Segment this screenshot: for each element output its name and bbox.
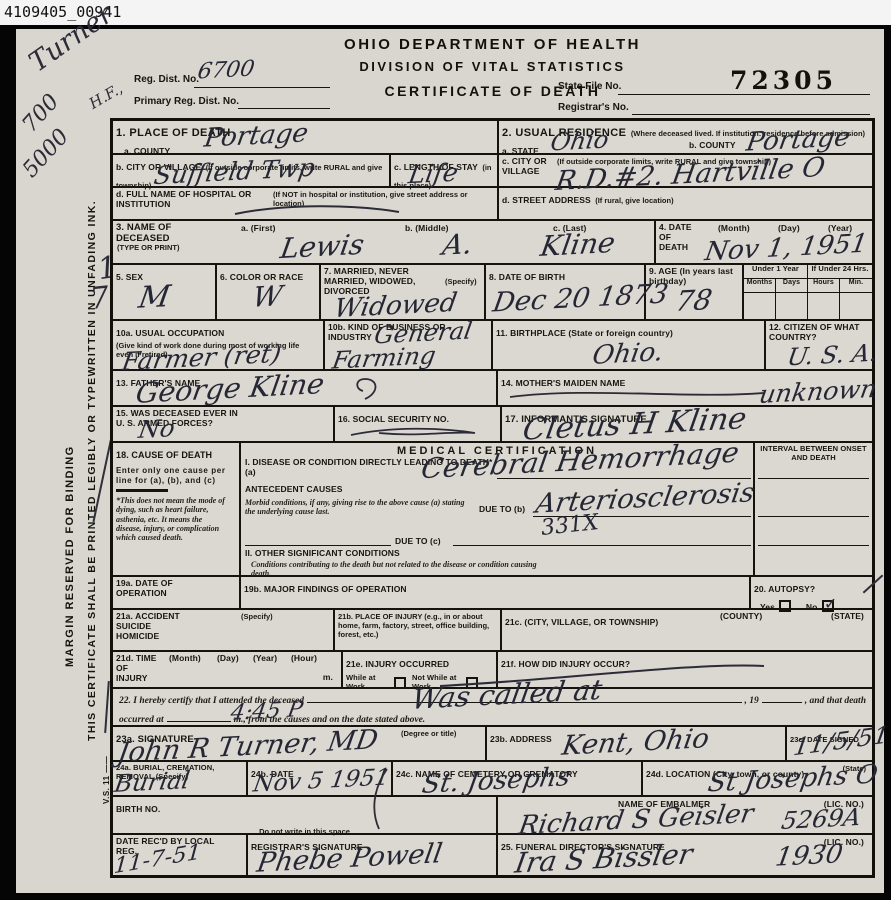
burial-value: Burial xyxy=(113,768,192,796)
injury-state-label: (STATE) xyxy=(831,612,864,622)
field-birth-no: BIRTH NO. Do not write in this space xyxy=(113,797,498,833)
field-autopsy: 20. AUTOPSY? Yes No ✓ xyxy=(751,577,872,608)
armed-forces-label: 15. WAS DECEASED EVER IN U. S. ARMED FOR… xyxy=(116,409,246,429)
section-cause-of-death: 18. CAUSE OF DEATH Enter only one cause … xyxy=(113,443,241,575)
section-interval: INTERVAL BETWEEN ONSET AND DEATH xyxy=(755,443,872,575)
name-title: 3. NAME OF DECEASED xyxy=(116,223,208,245)
row-operation-autopsy: 19a. DATE OF OPERATION 19b. MAJOR FINDIN… xyxy=(113,577,872,610)
pen-stroke xyxy=(104,681,110,733)
margin-hw-5000: 5000 xyxy=(18,124,74,182)
antecedent-label: ANTECEDENT CAUSES xyxy=(245,485,343,495)
place-of-injury-label: 21b. PLACE OF INJURY (e.g., in or about … xyxy=(338,612,497,639)
city-village-value: Suffield Twp xyxy=(152,155,316,188)
section-name-of-deceased: 3. NAME OF DECEASED (TYPE OR PRINT) a. (… xyxy=(113,221,656,263)
funeral-director-lic-value: 1930 xyxy=(773,841,844,870)
cause-note-1: Enter only one cause per line for (a), (… xyxy=(116,466,228,485)
sex-label: 5. SEX xyxy=(116,272,143,282)
field-date-signed: 23c. DATE SIGNED 11/5/51 xyxy=(787,727,872,760)
blank-line xyxy=(618,94,870,95)
time-of-injury-label: 21d. TIME OF INJURY xyxy=(116,654,160,683)
state-file-value: 72305 xyxy=(730,66,837,95)
row-certify-statement: 22. I hereby certify that I attended the… xyxy=(113,689,872,727)
hours-label: Hours xyxy=(808,279,840,292)
certificate-form: OHIO DEPARTMENT OF HEALTH DIVISION OF VI… xyxy=(110,34,875,883)
row-name-date: 3. NAME OF DECEASED (TYPE OR PRINT) a. (… xyxy=(113,221,872,265)
date-of-death-label: 4. DATE OF DEATH xyxy=(659,223,695,252)
funeral-director-value: Ira S Bissler xyxy=(513,840,695,877)
certify-line1-c: , and that death xyxy=(805,696,866,708)
field-armed-forces: 15. WAS DECEASED EVER IN U. S. ARMED FOR… xyxy=(113,407,335,441)
certify-line2-a: occurred at xyxy=(119,715,164,727)
major-findings-label: 19b. MAJOR FINDINGS OF OPERATION xyxy=(244,584,407,594)
row-place-residence: 1. PLACE OF DEATH a. COUNTY Portage b. C… xyxy=(113,121,872,221)
county-value: Portage xyxy=(202,120,310,151)
birthplace-label: 11. BIRTHPLACE (State or foreign country… xyxy=(496,328,673,338)
field-age-under-grid: Under 1 Year If Under 24 Hrs. Months Day… xyxy=(744,265,872,319)
section-usual-residence: 2. USUAL RESIDENCE (Where deceased lived… xyxy=(499,121,872,219)
sex-value: M xyxy=(136,282,172,314)
row-birthno-embalmer: BIRTH NO. Do not write in this space NAM… xyxy=(113,797,872,835)
field-color-race: 6. COLOR OR RACE W xyxy=(217,265,321,319)
min-label: Min. xyxy=(840,279,872,292)
embalmer-lic-value: 5269A xyxy=(779,805,862,833)
field-registrar-signature: REGISTRAR'S SIGNATURE Phebe Powell xyxy=(248,835,498,875)
ink-flourish xyxy=(349,425,479,439)
code-331x: 331X xyxy=(540,512,600,540)
field-ssn: 16. SOCIAL SECURITY NO. xyxy=(335,407,502,441)
street-address-note: (If rural, give location) xyxy=(595,196,673,205)
field-informant: 17. INFORMANT'S SIGNATURE Cletus H Kline xyxy=(502,407,872,441)
scanned-death-certificate: 4109405_00941 MARGIN RESERVED FOR BINDIN… xyxy=(0,0,891,900)
field-occupation: 10a. USUAL OCCUPATION (Give kind of work… xyxy=(113,321,325,369)
row-service-informant: 15. WAS DECEASED EVER IN U. S. ARMED FOR… xyxy=(113,407,872,443)
other-conditions-label: II. OTHER SIGNIFICANT CONDITIONS xyxy=(245,549,400,559)
registrar-signature-value: Phebe Powell xyxy=(255,840,444,877)
margin-hw-mark-7: 7 xyxy=(88,280,111,317)
injury-occurred-label: 21e. INJURY OCCURRED xyxy=(346,659,449,669)
mother-value: unknown xyxy=(757,376,878,407)
section-place-of-death: 1. PLACE OF DEATH a. COUNTY Portage b. C… xyxy=(113,121,499,219)
row-injury-location: 21a. ACCIDENT SUICIDE HOMICIDE (Specify)… xyxy=(113,610,872,652)
physician-address-value: Kent, Ohio xyxy=(560,725,711,760)
death-time-hw: 4:45 P xyxy=(229,699,304,725)
form-grid: 1. PLACE OF DEATH a. COUNTY Portage b. C… xyxy=(110,118,875,878)
dod-month-label: (Month) xyxy=(718,224,750,234)
field-date-received: DATE REC'D BY LOCAL REG. 11-7-51 xyxy=(113,835,248,875)
field-embalmer: NAME OF EMBALMER (LIC. NO.) Richard S Ge… xyxy=(498,797,872,833)
primary-reg-label: Primary Reg. Dist. No. xyxy=(134,96,239,107)
reg-dist-value: 6700 xyxy=(196,59,256,84)
section-date-of-death: 4. DATE OF DEATH (Month) (Day) (Year) No… xyxy=(656,221,872,263)
blank-line xyxy=(453,545,751,546)
row-parents: 13. FATHER'S NAME George Kline 14. MOTHE… xyxy=(113,371,872,407)
certify-attended-hw: Was called at xyxy=(410,676,604,714)
field-time-of-injury: 21d. TIME OF INJURY (Month) (Day) (Year)… xyxy=(113,652,343,687)
age-value: 78 xyxy=(674,286,714,316)
registrar-no-label: Registrar's No. xyxy=(558,102,629,113)
armed-forces-value: No xyxy=(137,416,177,442)
injury-city-label: 21c. (CITY, VILLAGE, OR TOWNSHIP) xyxy=(505,617,658,627)
toi-m-label: m. xyxy=(323,673,333,683)
blank-line xyxy=(758,478,869,479)
row-registrar-director: DATE REC'D BY LOCAL REG. 11-7-51 REGISTR… xyxy=(113,835,872,875)
field-physician-signature: 23a. SIGNATURE (Degree or title) John R … xyxy=(113,727,487,760)
cemetery-value: St. Josephs xyxy=(420,764,572,798)
field-major-findings: 19b. MAJOR FINDINGS OF OPERATION xyxy=(241,577,751,608)
middle-name-value: A. xyxy=(441,230,475,259)
autopsy-label: 20. AUTOPSY? xyxy=(754,584,815,594)
interval-label: INTERVAL BETWEEN ONSET AND DEATH xyxy=(758,445,869,462)
field-date-of-operation: 19a. DATE OF OPERATION xyxy=(113,577,241,608)
embalmer-name-value: Richard S Geisler xyxy=(517,801,755,839)
field-birthplace: 11. BIRTHPLACE (State or foreign country… xyxy=(493,321,766,369)
field-physician-address: 23b. ADDRESS Kent, Ohio xyxy=(487,727,787,760)
row-demographics: 5. SEX M 6. COLOR OR RACE W 7. MARRIED, … xyxy=(113,265,872,321)
first-name-label: a. (First) xyxy=(241,224,276,234)
residence-county-value: Portage xyxy=(744,124,852,155)
citizen-value: U. S. A. xyxy=(786,341,880,370)
certificate-paper: MARGIN RESERVED FOR BINDING THIS CERTIFI… xyxy=(16,29,884,893)
toi-day-label: (Day) xyxy=(217,654,239,664)
name-title-note: (TYPE OR PRINT) xyxy=(117,243,180,252)
field-marital-status: 7. MARRIED, NEVER MARRIED, WIDOWED, DIVO… xyxy=(321,265,486,319)
ink-flourish xyxy=(508,387,768,401)
ssn-label: 16. SOCIAL SECURITY NO. xyxy=(338,414,449,424)
cause-of-death-label: 18. CAUSE OF DEATH xyxy=(116,450,212,460)
scan-id: 4109405_00941 xyxy=(0,0,891,25)
due-to-b-label: DUE TO (b) xyxy=(479,505,525,515)
ink-flourish xyxy=(233,202,403,218)
birth-no-label: BIRTH NO. xyxy=(116,804,160,814)
marital-note: (Specify) xyxy=(445,277,477,286)
field-injury-city-county-state: 21c. (CITY, VILLAGE, OR TOWNSHIP) (COUNT… xyxy=(502,610,872,650)
accident-note: (Specify) xyxy=(241,612,273,621)
row-medical-certification: 18. CAUSE OF DEATH Enter only one cause … xyxy=(113,443,872,577)
field-sex: 5. SEX M xyxy=(113,265,217,319)
reg-dist-label: Reg. Dist. No. xyxy=(134,74,199,85)
birthplace-value: Ohio. xyxy=(591,339,666,369)
blank-line xyxy=(194,87,330,88)
header-department: OHIO DEPARTMENT OF HEALTH xyxy=(344,36,641,53)
other-conditions-note: Conditions contributing to the death but… xyxy=(251,560,551,578)
business-value-2: Farming xyxy=(331,343,438,372)
street-address-label: d. STREET ADDRESS xyxy=(502,195,591,205)
address-label: 23b. ADDRESS xyxy=(490,734,552,744)
toi-month-label: (Month) xyxy=(169,654,201,664)
dob-value: Dec 20 1873 xyxy=(491,280,670,316)
field-funeral-director: 25. FUNERAL DIRECTOR'S SIGNATURE (LIC. N… xyxy=(498,835,872,875)
margin-binding-text: MARGIN RESERVED FOR BINDING xyxy=(64,445,76,667)
first-name-value: Lewis xyxy=(278,231,366,263)
occupation-label: 10a. USUAL OCCUPATION xyxy=(116,328,224,338)
field-cemetery-location: 24d. LOCATION (City, town, or county) (S… xyxy=(643,762,872,795)
pen-stroke xyxy=(863,575,884,594)
months-label: Months xyxy=(744,279,776,292)
toi-year-label: (Year) xyxy=(253,654,277,664)
ink-flourish xyxy=(345,375,385,401)
field-business: 10b. KIND OF BUSINESS OR INDUSTRY Genera… xyxy=(325,321,493,369)
certify-line1-b: , 19 xyxy=(745,696,759,708)
row-burial: 24a. BURIAL, CREMATION, REMOVAL (Specify… xyxy=(113,762,872,797)
cause-b-value: Arteriosclerosis xyxy=(534,479,757,517)
field-date-of-birth: 8. DATE OF BIRTH Dec 20 1873 xyxy=(486,265,646,319)
father-value: George Kline xyxy=(134,370,326,408)
length-of-stay-value: Life xyxy=(407,160,460,188)
date-of-death-value: Nov 1, 1951 xyxy=(703,231,869,265)
state-file-label: State File No. xyxy=(558,81,621,92)
field-father-name: 13. FATHER'S NAME George Kline xyxy=(113,371,498,405)
date-signed-value: 11/5/51 xyxy=(792,723,891,760)
blank-line xyxy=(167,711,231,722)
header-division: DIVISION OF VITAL STATISTICS xyxy=(359,59,625,74)
blank-line xyxy=(762,692,802,703)
divider-bar xyxy=(116,489,168,492)
physician-signature-value: John R Turner, MD xyxy=(116,726,380,766)
ink-flourish xyxy=(363,767,393,831)
blank-line xyxy=(245,545,391,546)
under-1-year-label: Under 1 Year xyxy=(744,265,808,278)
cemetery-location-value: St Josephs O xyxy=(706,762,879,797)
field-place-of-injury: 21b. PLACE OF INJURY (e.g., in or about … xyxy=(335,610,502,650)
field-mother-name: 14. MOTHER'S MAIDEN NAME unknown xyxy=(498,371,872,405)
residence-county-label: b. COUNTY xyxy=(689,141,736,151)
accident-label: 21a. ACCIDENT SUICIDE HOMICIDE xyxy=(116,612,188,641)
days-label: Days xyxy=(776,279,808,292)
field-cemetery-name: 24c. NAME OF CEMETERY OR CREMATORY St. J… xyxy=(393,762,643,795)
toi-hour-label: (Hour) xyxy=(291,654,317,664)
morbid-note: Morbid conditions, if any, giving rise t… xyxy=(245,498,473,516)
occupation-value: Farmer (ret) xyxy=(120,341,283,374)
signature-degree-note: (Degree or title) xyxy=(401,729,456,738)
blank-line xyxy=(632,114,870,115)
residence-city-label: c. CITY OR VILLAGE xyxy=(502,157,548,177)
middle-name-label: b. (Middle) xyxy=(405,224,449,234)
field-citizen: 12. CITIZEN OF WHAT COUNTRY? U. S. A. xyxy=(766,321,872,369)
blank-line xyxy=(758,516,869,517)
field-certify-statement: 22. I hereby certify that I attended the… xyxy=(113,689,872,725)
last-name-value: Kline xyxy=(538,229,617,261)
cause-note-2: *This does not mean the mode of dying, s… xyxy=(116,496,228,542)
race-value: W xyxy=(251,282,285,311)
dob-label: 8. DATE OF BIRTH xyxy=(489,272,565,282)
injury-county-label: (COUNTY) xyxy=(720,612,762,622)
while-at-work-checkbox xyxy=(394,677,406,689)
date-of-operation-label: 19a. DATE OF OPERATION xyxy=(116,579,216,599)
row-occupation: 10a. USUAL OCCUPATION (Give kind of work… xyxy=(113,321,872,371)
field-accident-suicide: 21a. ACCIDENT SUICIDE HOMICIDE (Specify) xyxy=(113,610,335,650)
section-medical-certification: MEDICAL CERTIFICATION I. DISEASE OR COND… xyxy=(241,443,755,575)
row-physician: 23a. SIGNATURE (Degree or title) John R … xyxy=(113,727,872,762)
due-to-c-label: DUE TO (c) xyxy=(395,537,441,547)
blank-line xyxy=(758,545,869,546)
residence-state-value: Ohio xyxy=(549,128,611,155)
under-24-hrs-label: If Under 24 Hrs. xyxy=(808,265,872,278)
blank-line xyxy=(238,108,330,109)
